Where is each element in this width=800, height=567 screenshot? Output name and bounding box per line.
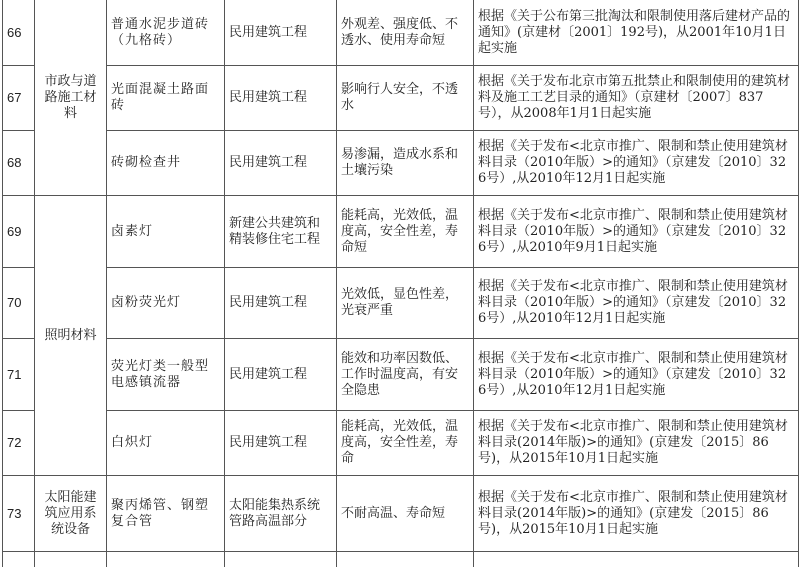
table-row: 68 砖砌检查井 民用建筑工程 易渗漏，造成水系和土壤污染 根据《关于发布<北京… bbox=[3, 131, 799, 196]
reason-cell: 易渗漏，造成水系和土壤污染 bbox=[337, 131, 474, 196]
basis-cell: 根据《关于发布<北京市推广、限制和禁止使用建筑材料目录（2010年版）>的通知》… bbox=[474, 131, 799, 196]
material-name: 荧光灯类一般型电感镇流器 bbox=[107, 339, 225, 411]
row-number: 68 bbox=[3, 131, 35, 196]
basis-cell: 根据《关于发布<北京市推广、限制和禁止使用建筑材料目录（2010年版）>的通知》… bbox=[474, 196, 799, 268]
empty-cell bbox=[3, 552, 35, 567]
table-row: 66 市政与道路施工材料 普通水泥步道砖（九格砖） 民用建筑工程 外观差、强度低… bbox=[3, 0, 799, 66]
empty-cell bbox=[107, 552, 225, 567]
reason-cell: 不耐高温、寿命短 bbox=[337, 476, 474, 552]
row-number: 69 bbox=[3, 196, 35, 268]
table-row: 71 荧光灯类一般型电感镇流器 民用建筑工程 能效和功率因数低、工作时温度高，有… bbox=[3, 339, 799, 411]
table-row: 72 白炽灯 民用建筑工程 能耗高，光效低，温度高，安全性差，寿命 根据《关于发… bbox=[3, 411, 799, 476]
table-row: 67 光面混凝土路面砖 民用建筑工程 影响行人安全，不透水 根据《关于发布北京市… bbox=[3, 66, 799, 131]
scope-cell: 民用建筑工程 bbox=[225, 411, 337, 476]
reason-cell: 能效和功率因数低、工作时温度高，有安全隐患 bbox=[337, 339, 474, 411]
category-cell: 照明材料 bbox=[35, 196, 107, 476]
scope-cell: 民用建筑工程 bbox=[225, 339, 337, 411]
reason-cell: 能耗高，光效低，温度高，安全性差，寿命短 bbox=[337, 196, 474, 268]
material-name: 聚丙烯管、钢塑复合管 bbox=[107, 476, 225, 552]
material-name: 砖砌检查井 bbox=[107, 131, 225, 196]
basis-cell: 根据《关于公布第三批淘汰和限制使用落后建材产品的通知》(京建材〔2001〕192… bbox=[474, 0, 799, 66]
scope-cell: 太阳能集热系统管路高温部分 bbox=[225, 476, 337, 552]
material-name: 光面混凝土路面砖 bbox=[107, 66, 225, 131]
material-name: 卤粉荧光灯 bbox=[107, 268, 225, 339]
empty-cell bbox=[35, 552, 107, 567]
reason-cell: 影响行人安全，不透水 bbox=[337, 66, 474, 131]
basis-cell: 根据《关于发布北京市第五批禁止和限制使用的建筑材料及施工工艺目录的通知》（京建材… bbox=[474, 66, 799, 131]
empty-cell bbox=[474, 552, 799, 567]
scope-cell: 民用建筑工程 bbox=[225, 66, 337, 131]
row-number: 67 bbox=[3, 66, 35, 131]
basis-cell: 根据《关于发布<北京市推广、限制和禁止使用建筑材料目录(2014年版)>的通知》… bbox=[474, 411, 799, 476]
table-row: 69 照明材料 卤素灯 新建公共建筑和精装修住宅工程 能耗高，光效低，温度高，安… bbox=[3, 196, 799, 268]
scope-cell: 民用建筑工程 bbox=[225, 0, 337, 66]
material-name: 白炽灯 bbox=[107, 411, 225, 476]
scope-cell: 民用建筑工程 bbox=[225, 131, 337, 196]
table-row-partial bbox=[3, 552, 799, 567]
basis-cell: 根据《关于发布<北京市推广、限制和禁止使用建筑材料目录（2010年版）>的通知》… bbox=[474, 268, 799, 339]
category-cell: 太阳能建筑应用系统设备 bbox=[35, 476, 107, 552]
empty-cell bbox=[225, 552, 337, 567]
restricted-materials-table: 66 市政与道路施工材料 普通水泥步道砖（九格砖） 民用建筑工程 外观差、强度低… bbox=[2, 0, 799, 567]
row-number: 66 bbox=[3, 0, 35, 66]
row-number: 71 bbox=[3, 339, 35, 411]
material-name: 普通水泥步道砖（九格砖） bbox=[107, 0, 225, 66]
reason-cell: 外观差、强度低、不透水、使用寿命短 bbox=[337, 0, 474, 66]
scope-cell: 新建公共建筑和精装修住宅工程 bbox=[225, 196, 337, 268]
table-row: 73 太阳能建筑应用系统设备 聚丙烯管、钢塑复合管 太阳能集热系统管路高温部分 … bbox=[3, 476, 799, 552]
category-cell: 市政与道路施工材料 bbox=[35, 0, 107, 196]
empty-cell bbox=[337, 552, 474, 567]
basis-cell: 根据《关于发布<北京市推广、限制和禁止使用建筑材料目录(2014年版)>的通知》… bbox=[474, 476, 799, 552]
table-row: 70 卤粉荧光灯 民用建筑工程 光效低，显色性差，光衰严重 根据《关于发布<北京… bbox=[3, 268, 799, 339]
row-number: 70 bbox=[3, 268, 35, 339]
reason-cell: 光效低，显色性差，光衰严重 bbox=[337, 268, 474, 339]
scope-cell: 民用建筑工程 bbox=[225, 268, 337, 339]
reason-cell: 能耗高，光效低，温度高，安全性差，寿命 bbox=[337, 411, 474, 476]
row-number: 72 bbox=[3, 411, 35, 476]
row-number: 73 bbox=[3, 476, 35, 552]
material-name: 卤素灯 bbox=[107, 196, 225, 268]
basis-cell: 根据《关于发布<北京市推广、限制和禁止使用建筑材料目录（2010年版）>的通知》… bbox=[474, 339, 799, 411]
